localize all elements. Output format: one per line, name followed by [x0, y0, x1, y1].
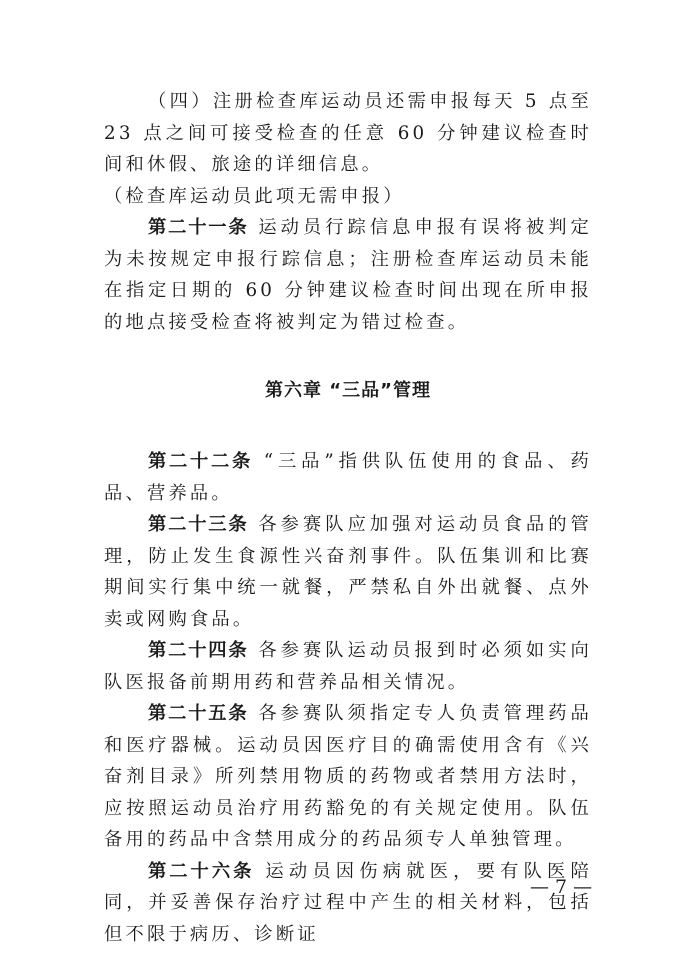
document-page: （四）注册检查库运动员还需申报每天 5 点至 23 点之间可接受检查的任意 60…	[104, 86, 592, 950]
paragraph-text: （四）注册检查库运动员还需申报每天 5 点至 23 点之间可接受检查的任意 60…	[104, 91, 592, 175]
article-text: 各参赛队须指定专人负责管理药品和医疗器械。运动员因医疗目的确需使用含有《兴奋剂目…	[104, 703, 592, 850]
article-22: 第二十二条 “三品”指供队伍使用的食品、药品、营养品。	[104, 446, 592, 509]
article-23: 第二十三条 各参赛队应加强对运动员食品的管理，防止发生食源性兴奋剂事件。队伍集训…	[104, 509, 592, 635]
article-24: 第二十四条 各参赛队运动员报到时必须如实向队医报备前期用药和营养品相关情况。	[104, 635, 592, 698]
article-title: 第二十六条	[148, 861, 254, 882]
article-26: 第二十六条 运动员因伤病就医，要有队医陪同，并妥善保存治疗过程中产生的相关材料，…	[104, 856, 592, 951]
paragraph-text: （检查库运动员此项无需申报）	[104, 186, 405, 207]
article-title: 第二十一条	[148, 217, 249, 238]
article-title: 第二十三条	[148, 514, 249, 535]
page-number: — 7 —	[530, 876, 592, 898]
article-title: 第二十二条	[148, 451, 253, 472]
article-title: 第二十五条	[148, 703, 249, 724]
article-21: 第二十一条 运动员行踪信息申报有误将被判定为未按规定申报行踪信息；注册检查库运动…	[104, 212, 592, 338]
paragraph-item-4-note: （检查库运动员此项无需申报）	[104, 181, 592, 213]
paragraph-item-4: （四）注册检查库运动员还需申报每天 5 点至 23 点之间可接受检查的任意 60…	[104, 86, 592, 181]
article-25: 第二十五条 各参赛队须指定专人负责管理药品和医疗器械。运动员因医疗目的确需使用含…	[104, 698, 592, 856]
chapter-heading: 第六章 “三品”管理	[104, 376, 592, 406]
article-title: 第二十四条	[148, 640, 249, 661]
